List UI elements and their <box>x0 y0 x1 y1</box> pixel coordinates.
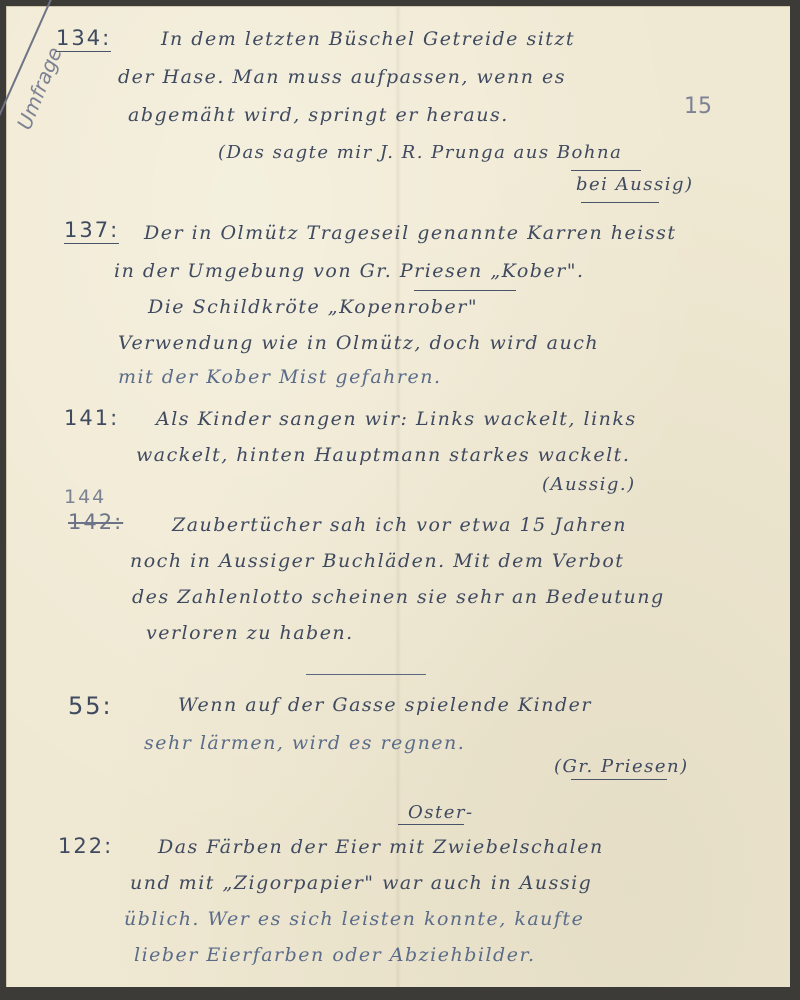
entry-line: wackelt, hinten Hauptmann starkes wackel… <box>136 446 630 465</box>
entry-line: lieber Eierfarben oder Abziehbilder. <box>134 946 536 965</box>
entry-line: noch in Aussiger Buchläden. Mit dem Verb… <box>130 552 624 571</box>
entry-number: 134: <box>56 26 111 52</box>
entry-line: abgemäht wird, springt er heraus. <box>128 106 509 125</box>
entry-number: 122: <box>58 834 113 858</box>
pencil-number-correction: 144 <box>64 486 106 508</box>
scan-frame: Umfrage 134: In dem letzten Büschel Getr… <box>0 0 800 1000</box>
underline-bohna <box>571 170 641 171</box>
entry-line: Als Kinder sangen wir: Links wackelt, li… <box>156 410 637 429</box>
insertion-oster: Oster- <box>408 804 474 822</box>
entry-line: Das Färben der Eier mit Zwiebelschalen <box>158 838 604 857</box>
entry-number: 141: <box>64 406 119 430</box>
entry-line: üblich. Wer es sich leisten konnte, kauf… <box>124 910 584 929</box>
entry-line: in der Umgebung von Gr. Priesen „Kober". <box>114 262 585 281</box>
underline-aussig <box>581 202 659 203</box>
pencil-mark-15: 15 <box>684 94 712 119</box>
underline-priesen <box>571 779 667 780</box>
separator-line <box>306 674 426 675</box>
margin-note-umfrage: Umfrage <box>12 44 67 133</box>
entry-number: 55: <box>68 692 113 720</box>
entry-number: 142: <box>68 510 123 534</box>
entry-line: Der in Olmütz Trageseil genannte Karren … <box>144 224 677 243</box>
source-line: (Gr. Priesen) <box>554 758 689 776</box>
entry-line: Die Schildkröte „Kopenrober" <box>148 298 478 317</box>
entry-line: Zaubertücher sah ich vor etwa 15 Jahren <box>172 516 627 535</box>
insertion-mark <box>398 824 464 825</box>
entry-line: verloren zu haben. <box>146 624 354 643</box>
entry-line: mit der Kober Mist gefahren. <box>118 368 442 387</box>
entry-line: Wenn auf der Gasse spielende Kinder <box>178 696 592 715</box>
source-line: bei Aussig) <box>576 176 694 194</box>
entry-line: des Zahlenlotto scheinen sie sehr an Bed… <box>132 588 665 607</box>
handwritten-page: Umfrage 134: In dem letzten Büschel Getr… <box>6 6 790 987</box>
entry-number: 137: <box>64 218 119 244</box>
entry-line: In dem letzten Büschel Getreide sitzt <box>161 30 575 49</box>
underline-priesen <box>414 290 516 291</box>
source-line: (Das sagte mir J. R. Prunga aus Bohna <box>218 144 622 162</box>
entry-line: Verwendung wie in Olmütz, doch wird auch <box>118 334 599 353</box>
entry-line: und mit „Zigorpapier" war auch in Aussig <box>130 874 592 893</box>
entry-line: der Hase. Man muss aufpassen, wenn es <box>118 68 566 87</box>
entry-line: sehr lärmen, wird es regnen. <box>144 734 465 753</box>
source-line: (Aussig.) <box>542 476 636 494</box>
